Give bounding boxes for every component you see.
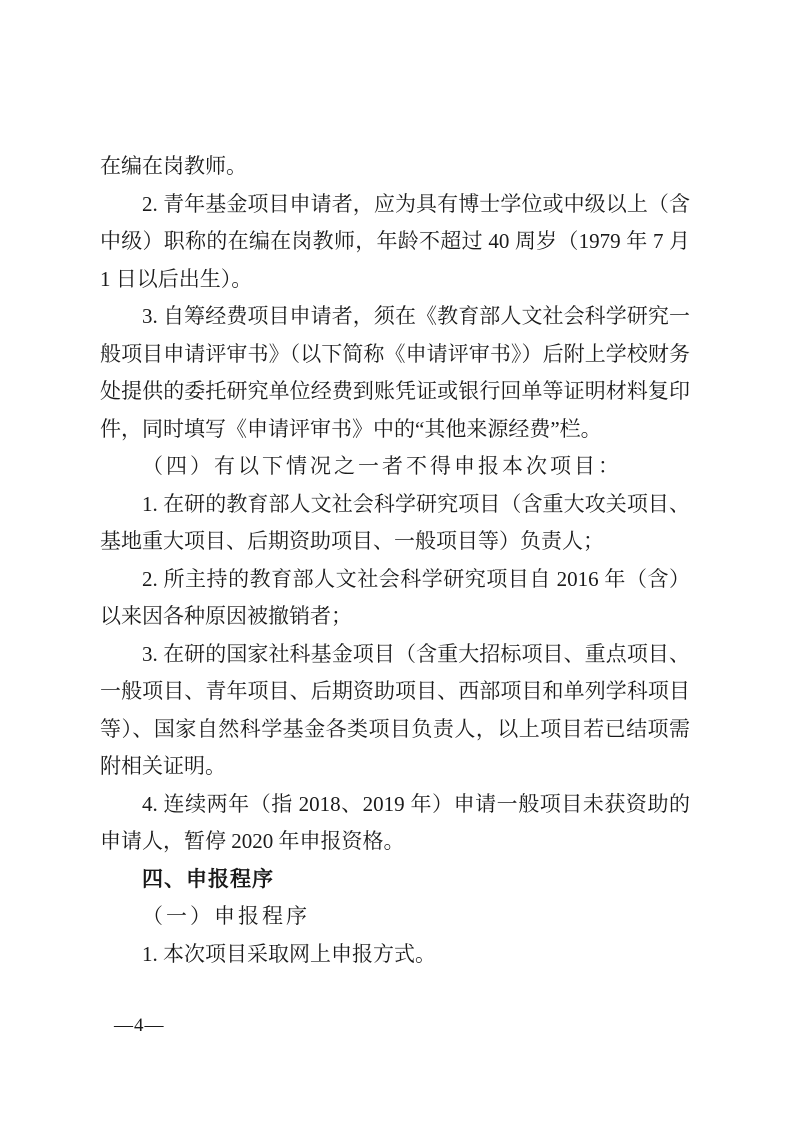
section-heading-application-procedure: 四、申报程序: [100, 861, 690, 899]
subheading-disqualification: （四）有以下情况之一者不得申报本次项目：: [100, 448, 690, 486]
paragraph-disqualification-4: 4. 连续两年（指 2018、2019 年）申请一般项目未获资助的申请人，暂停 …: [100, 786, 690, 861]
paragraph-disqualification-1: 1. 在研的教育部人文社会科学研究项目（含重大攻关项目、基地重大项目、后期资助项…: [100, 486, 690, 561]
paragraph-continuation: 在编在岗教师。: [100, 148, 690, 186]
page-number: —4—: [114, 1012, 165, 1040]
document-body: 在编在岗教师。 2. 青年基金项目申请者，应为具有博士学位或中级以上（含中级）职…: [100, 148, 690, 973]
paragraph-youth-fund: 2. 青年基金项目申请者，应为具有博士学位或中级以上（含中级）职称的在编在岗教师…: [100, 186, 690, 299]
subheading-application-procedure: （一）申报程序: [100, 898, 690, 936]
document-page: 在编在岗教师。 2. 青年基金项目申请者，应为具有博士学位或中级以上（含中级）职…: [0, 0, 793, 1122]
paragraph-self-funded: 3. 自筹经费项目申请者，须在《教育部人文社会科学研究一般项目申请评审书》（以下…: [100, 298, 690, 448]
paragraph-disqualification-3: 3. 在研的国家社科基金项目（含重大招标项目、重点项目、一般项目、青年项目、后期…: [100, 636, 690, 786]
paragraph-online-application: 1. 本次项目采取网上申报方式。: [100, 936, 690, 974]
paragraph-disqualification-2: 2. 所主持的教育部人文社会科学研究项目自 2016 年（含）以来因各种原因被撤…: [100, 561, 690, 636]
